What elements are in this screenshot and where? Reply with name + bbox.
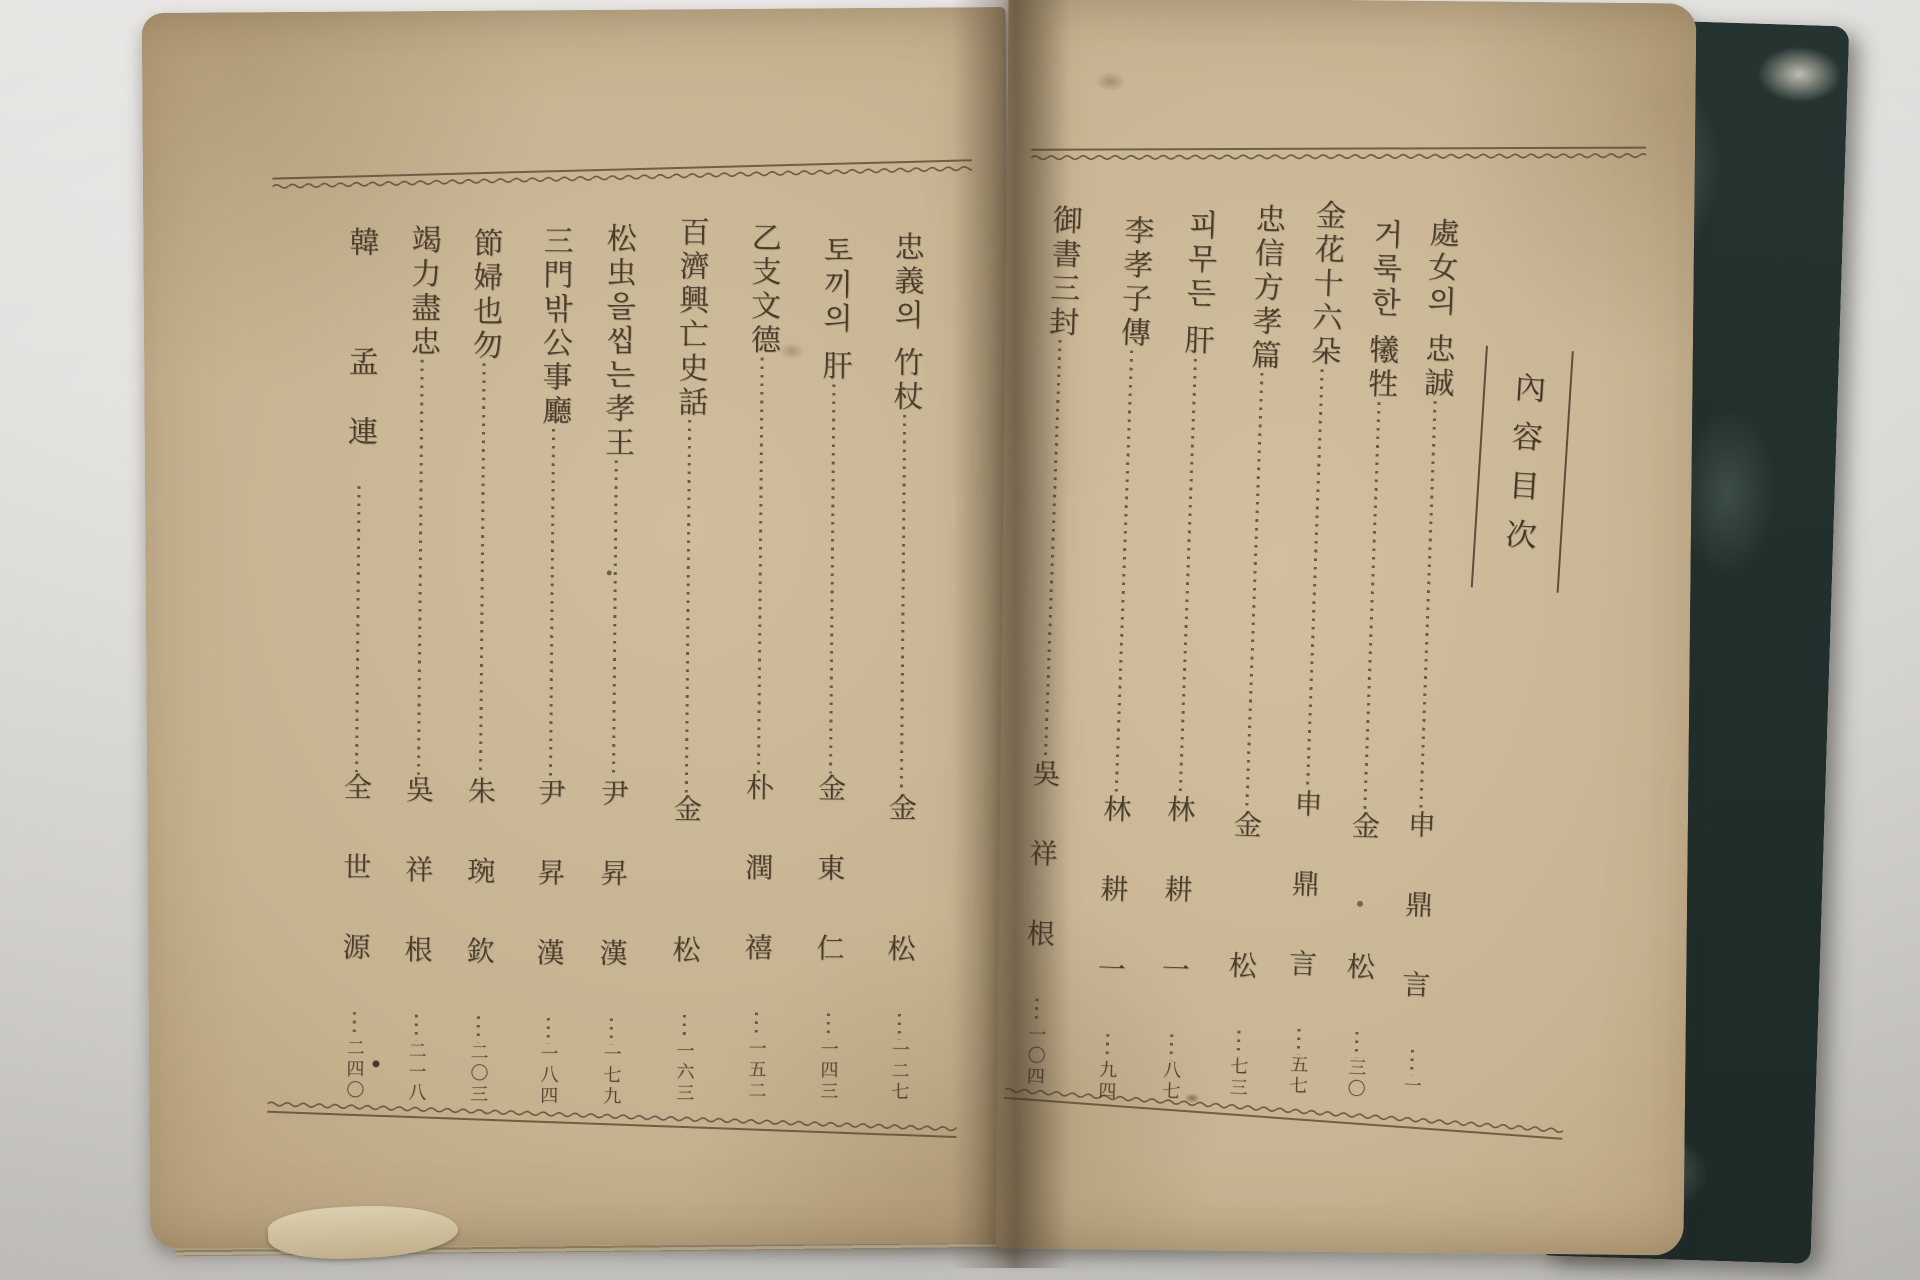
entry-author: 吳祥根 [396, 775, 438, 1015]
entry-title: 忠義의 竹杖 [882, 231, 928, 415]
right-top-border [1031, 147, 1646, 162]
toc-entry: 百濟興亡史話 金 松 一六三 [660, 216, 714, 1104]
entry-author: 金 松 [1337, 810, 1385, 1032]
entry-title: 處女의 忠誠 [1413, 216, 1463, 401]
entry-title: 忠信方孝篇 [1239, 202, 1289, 373]
dotted-leader [476, 1016, 479, 1042]
entry-title: 李孝子傳 [1109, 214, 1158, 351]
dotted-leader [1296, 1029, 1300, 1055]
toc-entry: 三門밖公事廳 尹昇漢 一八四 [524, 225, 578, 1107]
entry-page: 七三 [1223, 1056, 1250, 1099]
entry-author: 金 松 [879, 793, 921, 1014]
dotted-leader [899, 414, 905, 793]
entry-title: 三門밖公事廳 [531, 225, 577, 429]
dotted-leader [1245, 373, 1263, 810]
stain [1095, 71, 1126, 92]
entry-title: 百濟興亡史話 [667, 216, 713, 420]
entry-page: 一七九 [597, 1044, 624, 1107]
entry-author: 金 松 [1219, 809, 1267, 1031]
entry-page: 二一八 [402, 1041, 429, 1104]
entry-title: 金花十六朵 [1300, 199, 1350, 370]
dotted-leader [754, 1013, 757, 1039]
toc-entry: 乙支文德 朴潤禧 一五二 [732, 221, 786, 1101]
entry-author: 申鼎言 [1279, 788, 1327, 1029]
toc-entry: 竭力盡忠 吳祥根 二一八 [392, 224, 446, 1104]
right-page-content: 內容目次 處女의 忠誠 申鼎言 一 거룩한 犧牲 金 松 三〇 金花十六朵 申鼎… [995, 0, 1696, 1256]
entry-page: 一 [1397, 1075, 1424, 1097]
dotted-leader [684, 420, 690, 794]
entry-title: 竭力盡忠 [400, 224, 445, 360]
right-page: 內容目次 處女의 忠誠 申鼎言 一 거룩한 犧牲 金 松 三〇 金花十六朵 申鼎… [995, 0, 1696, 1256]
ink-spot [607, 570, 612, 575]
entry-page: 八七 [1156, 1060, 1183, 1103]
entry-page: 三〇 [1341, 1057, 1368, 1100]
dotted-leader [1419, 401, 1436, 810]
entry-title: 거룩한 犧牲 [1357, 218, 1407, 403]
entry-page: 一四三 [814, 1039, 841, 1102]
dotted-leader [548, 429, 554, 778]
toc-entry: 피무든 肝 林耕一 八七 [1146, 208, 1223, 1103]
toc-entry: 忠義의 竹杖 金 松 一二七 [875, 231, 929, 1103]
dotted-leader [829, 384, 835, 773]
entry-page: 二〇三 [464, 1042, 491, 1105]
entry-title: 乙支文德 [740, 221, 785, 357]
toc-title: 內容目次 [1494, 370, 1551, 568]
entry-author: 金 松 [664, 794, 706, 1015]
dotted-leader [1305, 369, 1323, 789]
stain [779, 342, 805, 360]
toc-entry: 節婦也勿 朱琬欽 二〇三 [454, 227, 508, 1105]
entry-title: 토끼의 肝 [811, 234, 856, 384]
entry-author: 朱琬欽 [458, 776, 500, 1016]
dotted-leader [1363, 402, 1380, 811]
dotted-leader [352, 1012, 355, 1038]
entry-title: 피무든 肝 [1173, 208, 1222, 359]
entry-author: 全世源 [334, 772, 376, 1012]
entry-title: 節婦也勿 [462, 227, 507, 363]
dotted-leader [1105, 1034, 1109, 1060]
dotted-leader [897, 1014, 900, 1040]
entry-page: 二四〇 [340, 1038, 367, 1101]
entry-title: 韓 孟連 [337, 226, 383, 486]
dotted-leader [417, 360, 424, 775]
dotted-leader [1236, 1031, 1240, 1057]
dotted-leader [414, 1015, 417, 1041]
entry-page: 一八四 [534, 1044, 561, 1107]
entry-author: 尹昇漢 [528, 778, 570, 1018]
left-top-border [272, 159, 972, 190]
toc-entry: 松虫을씹는孝王 尹昇漢 一七九 [587, 222, 641, 1107]
left-page-content: 忠義의 竹杖 金 松 一二七 토끼의 肝 金東仁 一四三 乙支文德 朴潤禧 一五… [142, 7, 1006, 1249]
dotted-leader [1410, 1050, 1414, 1076]
dotted-leader [1354, 1032, 1358, 1058]
dotted-leader [757, 358, 764, 773]
entry-author: 林耕一 [1087, 794, 1135, 1035]
dotted-leader [546, 1018, 549, 1044]
dotted-leader [355, 486, 360, 772]
entry-page: 一二七 [885, 1040, 912, 1103]
left-page: 忠義의 竹杖 金 松 一二七 토끼의 肝 金東仁 一四三 乙支文德 朴潤禧 一五… [142, 7, 1015, 1249]
dotted-leader [478, 363, 485, 776]
entry-author: 申鼎言 [1392, 809, 1440, 1050]
entry-page: 五七 [1283, 1054, 1310, 1097]
toc-title-box: 內容目次 [1471, 346, 1574, 593]
dotted-leader [1169, 1034, 1173, 1060]
dotted-leader [611, 460, 617, 778]
gutter-shadow [952, 0, 1070, 1268]
entry-author: 尹昇漢 [591, 778, 633, 1018]
dotted-leader [682, 1015, 685, 1041]
dotted-leader [1114, 350, 1132, 794]
toc-entry: 토끼의 肝 金東仁 一四三 [804, 234, 858, 1102]
entry-page: 一五二 [742, 1039, 769, 1102]
dotted-leader [609, 1018, 612, 1044]
photo-background: 忠義의 竹杖 金 松 一二七 토끼의 肝 金東仁 一四三 乙支文德 朴潤禧 一五… [0, 0, 1920, 1280]
toc-entry: 韓 孟連 全世源 二四〇 [330, 226, 384, 1101]
entry-author: 朴潤禧 [736, 772, 778, 1012]
ink-spot [372, 1060, 379, 1067]
entry-page: 九四 [1092, 1060, 1119, 1103]
entry-author: 金東仁 [808, 773, 850, 1013]
entry-page: 一六三 [670, 1041, 697, 1104]
entry-title: 松虫을씹는孝王 [594, 222, 640, 460]
dotted-leader [826, 1013, 829, 1039]
toc-entry: 李孝子傳 林耕一 九四 [1082, 214, 1159, 1103]
entry-author: 林耕一 [1151, 794, 1199, 1035]
dotted-leader [1178, 358, 1196, 794]
